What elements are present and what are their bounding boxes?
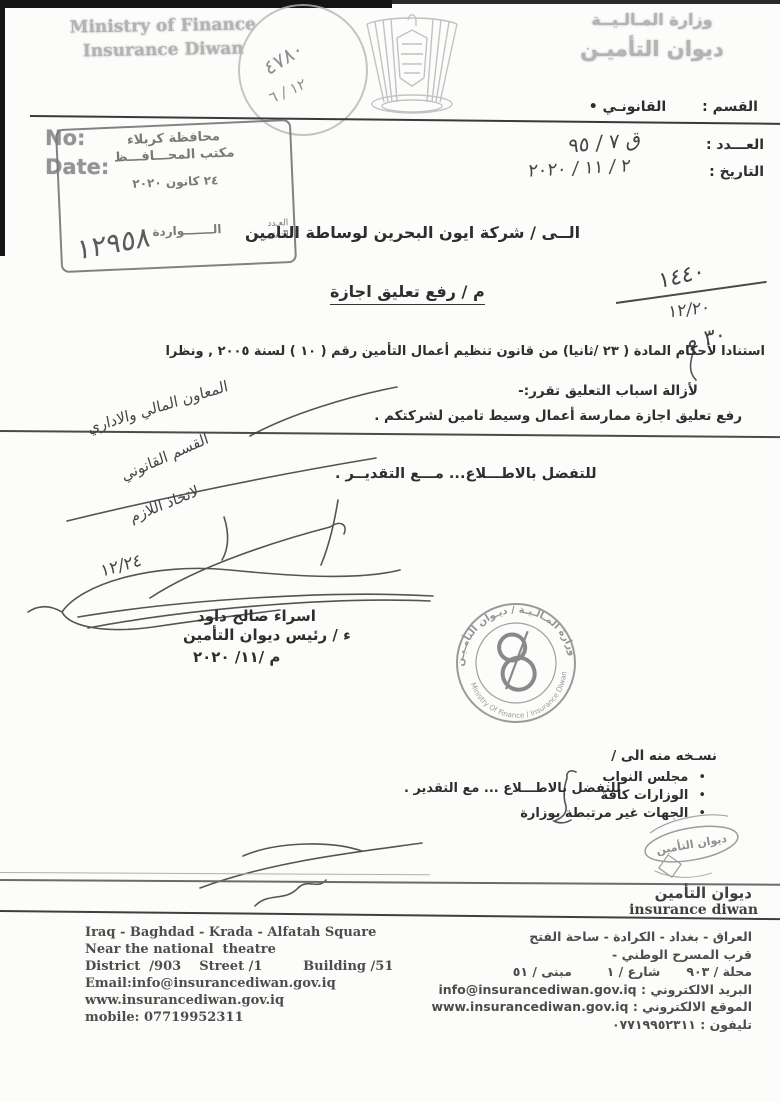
footer-heading-arabic: ديوان التأمين bbox=[655, 884, 752, 902]
received-stamp-number: ١٢٩٥٨ bbox=[76, 220, 150, 267]
footer-en-line: District /903 Street /1 Building /51 bbox=[85, 958, 393, 975]
footer-en-line: www.insurancediwan.gov.iq bbox=[85, 992, 393, 1009]
scanned-letter-page: Ministry of Finance Insurance Diwan ٤٧٨٠… bbox=[0, 0, 780, 1102]
footer-en-line: Near the national theatre bbox=[85, 941, 393, 958]
scan-edge-top-right bbox=[392, 0, 780, 4]
mid-rule bbox=[0, 430, 780, 438]
ref-number-handwritten: ق ٧ / ٩٥ bbox=[568, 126, 642, 158]
footer-ar-line: قرب المسرح الوطني - bbox=[431, 946, 752, 964]
copies-note: للتفضل بالاطـــلاع ... مع التقدير . bbox=[404, 781, 621, 796]
subject-line: م / رفع تعليق اجازة bbox=[330, 282, 485, 305]
bullet-icon: • bbox=[698, 788, 706, 803]
closing-line: للتفضل بالاطـــلاع... مـــع التقديــر . bbox=[335, 466, 597, 482]
received-stamp-date: ٢٤ كانون ٢٠٢٠ bbox=[59, 170, 291, 194]
footer-ar-line: العراق - بغداد - الكرادة - ساحة الفتح bbox=[431, 928, 752, 946]
margin-note-3: لاتخاذ اللازم bbox=[128, 482, 200, 527]
seal-center-logo bbox=[493, 630, 541, 693]
footer-ar-line: محلة / ٩٠٣ شارع / ١ مبنى / ٥١ bbox=[431, 963, 752, 981]
department-line: القسم : القانونـي • bbox=[589, 99, 758, 115]
bullet-icon: • bbox=[698, 770, 706, 785]
letterhead-ar-line1: وزارة المـالـيــة bbox=[552, 10, 752, 29]
to-line: الــى / شركة ايون البحرين لوساطة التامين bbox=[245, 223, 580, 242]
down-stroke bbox=[321, 500, 338, 565]
letterhead-arabic: وزارة المـالـيــة ديوان التأميـن bbox=[552, 10, 752, 61]
margin-note-2: القسم القانوني bbox=[119, 429, 210, 484]
footer-en-line: Iraq - Baghdad - Krada - Alfatah Square bbox=[85, 924, 393, 941]
department-value: القانونـي • bbox=[589, 99, 666, 115]
bottom-scribble-3 bbox=[255, 880, 326, 906]
footer-ar-line: البريد الالكتروني : info@insurancediwan.… bbox=[431, 981, 752, 999]
margin-note-1: المعاون المالي والاداري bbox=[86, 377, 229, 437]
footer-address-english: Iraq - Baghdad - Krada - Alfatah Square … bbox=[85, 924, 393, 1026]
scan-edge-left bbox=[0, 6, 5, 256]
long-margin-line bbox=[67, 458, 376, 521]
received-stamp-box: محافظة كربلاء مكتب المحـــافـــظ ٢٤ كانو… bbox=[55, 119, 297, 273]
margin-note-date: ١٢/٢٤ bbox=[99, 550, 142, 582]
footer-address-arabic: العراق - بغداد - الكرادة - ساحة الفتح قر… bbox=[431, 928, 752, 1033]
seal-arc-bottom-text: Ministry Of Finance / Insurance Diwan bbox=[468, 659, 577, 731]
received-stamp-incoming: الـــــــواردة bbox=[152, 222, 222, 239]
footer-en-line: mobile: 07719952311 bbox=[85, 1009, 393, 1026]
svg-text:Ministry Of Finance / Insuranc: Ministry Of Finance / Insurance Diwan bbox=[468, 659, 577, 731]
signatory-title: ء / رئيس ديوان التأمين bbox=[183, 626, 351, 644]
body-paragraph-2: لأزالة اسباب التعليق تقرر:- bbox=[518, 383, 698, 399]
footer-en-line: Email:info@insurancediwan.gov.iq bbox=[85, 975, 393, 992]
iraq-eagle-emblem bbox=[352, 10, 470, 120]
body-paragraph-1: استنادا لأحكام المادة ( ٢٣ /ثانيا) من قا… bbox=[165, 344, 765, 359]
signature-upstroke bbox=[150, 523, 345, 598]
bottom-scribble-1 bbox=[243, 844, 362, 856]
seal-arc-top-text: وزارة المـالـيـة / ديـوان التأمـيـن bbox=[444, 592, 578, 684]
svg-text:وزارة المـالـيـة / ديـوان التأ: وزارة المـالـيـة / ديـوان التأمـيـن bbox=[444, 592, 578, 684]
small-diwan-stamp: ديوان التأمين bbox=[635, 812, 753, 890]
scan-edge-top-left bbox=[0, 0, 392, 8]
round-stamp-outline bbox=[238, 4, 368, 136]
footer-ar-line: الموقع الالكتروني : www.insurancediwan.g… bbox=[431, 998, 752, 1016]
footer-ar-line: تليفون : ٠٧٧١٩٩٥٢٣١١ bbox=[431, 1016, 752, 1034]
letterhead-en-line2: Insurance Diwan bbox=[58, 36, 268, 64]
body-paragraph-3: رفع تعليق اجازة ممارسة أعمال وسيط تامين … bbox=[374, 408, 742, 424]
ref-date-label: التاريخ : bbox=[709, 164, 764, 180]
short-stroke bbox=[222, 517, 228, 560]
letterhead-ar-line2: ديوان التأميـن bbox=[552, 37, 752, 61]
letterhead-english: Ministry of Finance Insurance Diwan bbox=[58, 12, 269, 64]
ref-number-label: العـــدد : bbox=[706, 137, 764, 153]
signatory-date: م /١١/ ٢٠٢٠ bbox=[193, 648, 280, 666]
footer-rule-faint bbox=[0, 872, 430, 875]
signatory-name: اسراء صالح داود bbox=[197, 607, 316, 625]
signature-tail bbox=[28, 607, 62, 612]
footer-heading-english: insurance diwan bbox=[629, 902, 758, 918]
letterhead-en-line1: Ministry of Finance bbox=[58, 12, 268, 40]
ref-date-handwritten: ٢ / ١١ / ٢٠٢٠ bbox=[527, 155, 631, 182]
handwritten-number-bottom: ١٢/٢٠ bbox=[668, 297, 710, 322]
copies-heading: نسـخه منه الى / bbox=[611, 748, 717, 764]
handwritten-number-top: ١٤٤٠ bbox=[658, 259, 706, 295]
department-label: القسم : bbox=[702, 99, 758, 115]
official-seal: وزارة المـالـيـة / ديـوان التأمـيـن Mini… bbox=[436, 583, 596, 743]
